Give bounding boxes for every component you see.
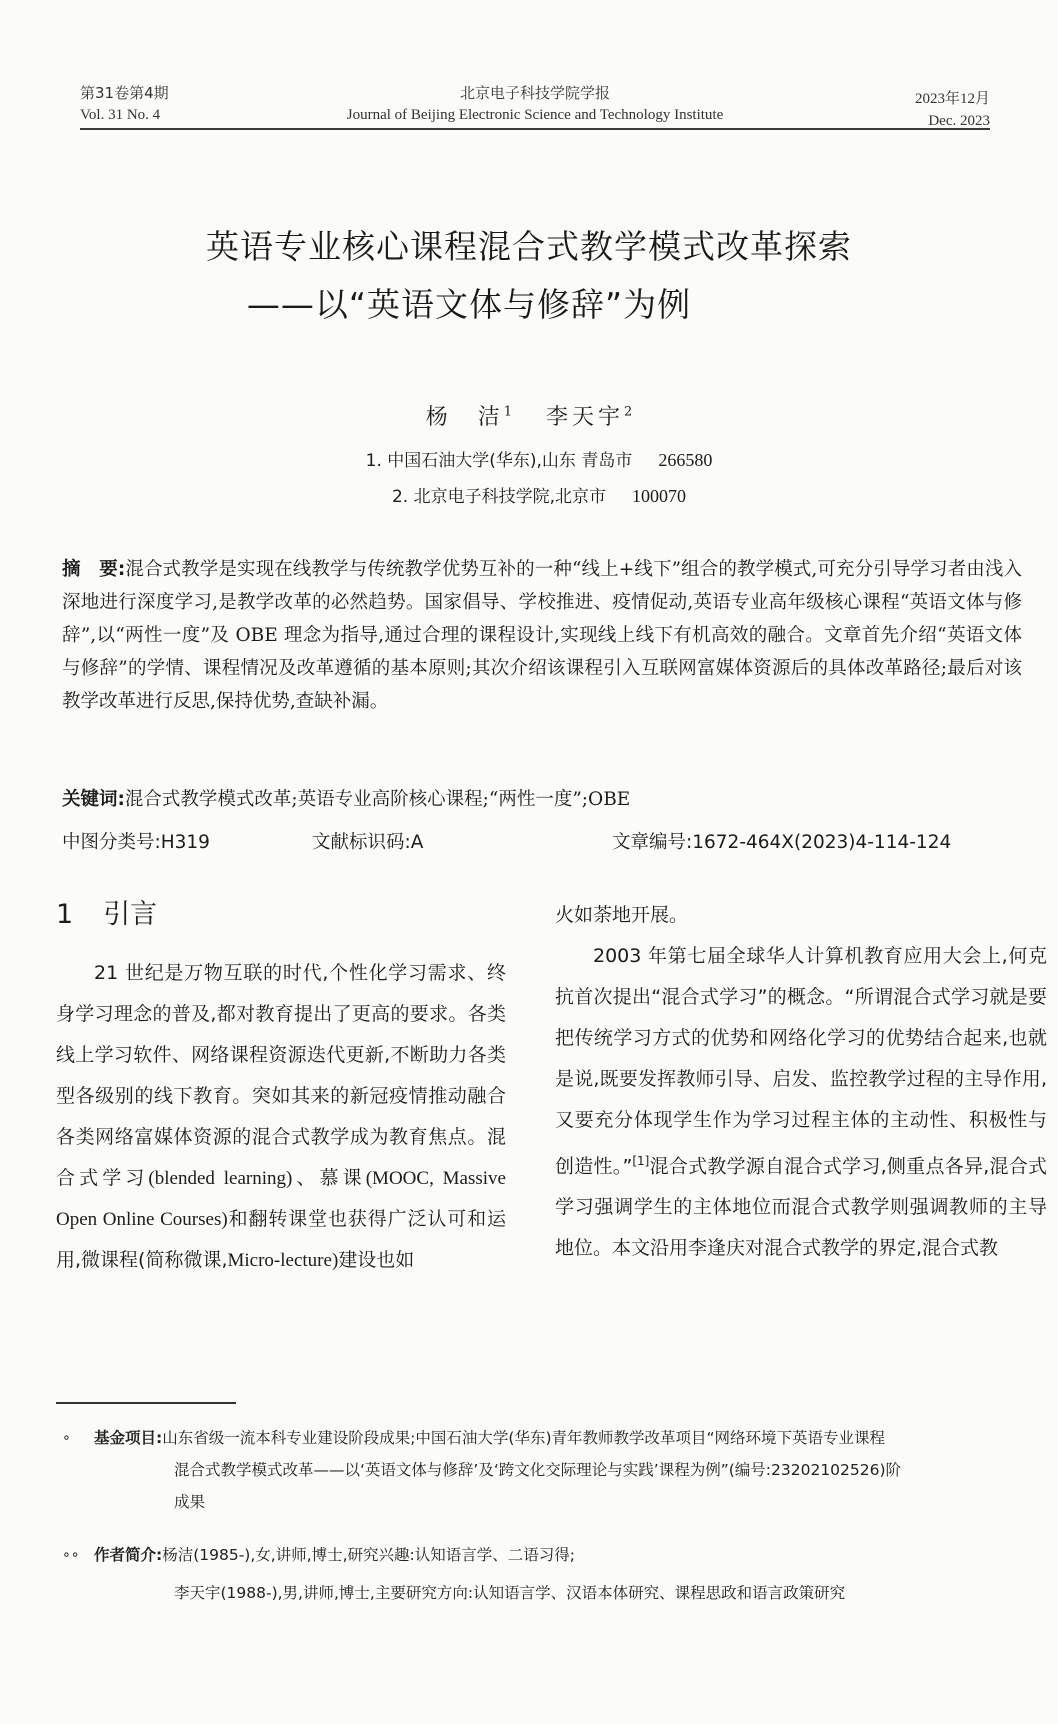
article-number: 文章编号:1672-464X(2023)4-114-124 (612, 830, 951, 856)
abstract-text: 混合式教学是实现在线教学与传统教学优势互补的一种“线上+线下”组合的教学模式,可… (62, 559, 1022, 712)
abstract-label: 摘 要: (62, 559, 125, 580)
document-code: 文献标识码:A (312, 830, 423, 856)
postal-code: 100070 (632, 486, 686, 506)
body-column-left: 1引言 21 世纪是万物互联的时代,个性化学习需求、终身学习理念的普及,都对教育… (56, 895, 506, 1281)
footnote-text: 杨洁(1985-),女,讲师,博士,研究兴趣:认知语言学、二语习得; (162, 1546, 575, 1564)
journal-name: 北京电子科技学院学报 Journal of Beijing Electronic… (80, 82, 990, 126)
running-header: 第31卷第4期 Vol. 31 No. 4 北京电子科技学院学报 Journal… (80, 80, 990, 130)
affiliation: 2. 北京电子科技学院,北京市100070 (0, 482, 1058, 507)
footnote-text: 山东省级一流本科专业建设阶段成果;中国石油大学(华东)青年教师教学改革项目“网络… (162, 1429, 885, 1447)
body-paragraph: 21 世纪是万物互联的时代,个性化学习需求、终身学习理念的普及,都对教育提出了更… (56, 953, 506, 1281)
title-main: 英语专业核心课程混合式教学模式改革探索 (0, 218, 1058, 276)
author-name: 李天宇 (546, 405, 624, 430)
affiliation: 1. 中国石油大学(华东),山东 青岛市266580 (0, 446, 1058, 471)
date-cn: 2023年12月 (915, 88, 990, 110)
paragraph-text: 2003 年第七届全球华人计算机教育应用大会上,何克抗首次提出“混合式学习”的概… (555, 945, 1047, 1177)
section-number: 1 (56, 899, 73, 930)
postal-code: 266580 (658, 450, 712, 470)
title-subtitle: ——以“英语文体与修辞”为例 (0, 276, 1058, 334)
keywords-label: 关键词: (62, 789, 125, 810)
author-list: 杨 洁1李天宇2 (0, 400, 1058, 431)
footnote-label: 作者简介: (94, 1546, 162, 1564)
body-paragraph: 火如荼地开展。 (555, 895, 1058, 936)
affiliation-text: 1. 中国石油大学(华东),山东 青岛市 (366, 451, 633, 471)
author-affil-sup: 1 (504, 405, 512, 420)
journal-name-en: Journal of Beijing Electronic Science an… (80, 104, 990, 126)
footnote-mark: ∘ (62, 1428, 71, 1448)
clc-number: 中图分类号:H319 (62, 830, 210, 856)
issue-date: 2023年12月 Dec. 2023 (915, 88, 990, 132)
paragraph-text-latin: Micro-lecture) (228, 1250, 339, 1271)
journal-name-cn: 北京电子科技学院学报 (80, 82, 990, 104)
paper-title: 英语专业核心课程混合式教学模式改革探索 ——以“英语文体与修辞”为例 (0, 218, 1058, 334)
footnote-mark: ∘∘ (62, 1545, 80, 1565)
paragraph-text: 21 世纪是万物互联的时代,个性化学习需求、终身学习理念的普及,都对教育提出了更… (56, 962, 506, 1189)
paragraph-text: 建设也如 (338, 1249, 414, 1271)
author-name: 杨 洁 (426, 405, 504, 430)
footnote-label: 基金项目: (94, 1429, 162, 1447)
footnote-funding: ∘ 基金项目:山东省级一流本科专业建设阶段成果;中国石油大学(华东)青年教师教学… (62, 1428, 1028, 1512)
footnote-text: 成果 (94, 1492, 1028, 1512)
keywords: 关键词:混合式教学模式改革;英语专业高阶核心课程;“两性一度”;OBE (62, 787, 1022, 813)
citation-ref[interactable]: [1] (632, 1154, 649, 1168)
body-column-right: 火如荼地开展。 2003 年第七届全球华人计算机教育应用大会上,何克抗首次提出“… (555, 895, 1058, 1269)
keywords-text: 混合式教学模式改革;英语专业高阶核心课程;“两性一度”;OBE (125, 789, 630, 810)
footnote-text: 混合式教学模式改革——以‘英语文体与修辞’及‘跨文化交际理论与实践’课程为例”(… (94, 1460, 1028, 1480)
section-heading: 1引言 (56, 895, 506, 935)
author-affil-sup: 2 (624, 405, 632, 420)
date-en: Dec. 2023 (915, 110, 990, 132)
body-paragraph: 2003 年第七届全球华人计算机教育应用大会上,何克抗首次提出“混合式学习”的概… (555, 936, 1047, 1269)
section-title: 引言 (103, 899, 157, 930)
abstract: 摘 要:混合式教学是实现在线教学与传统教学优势互补的一种“线上+线下”组合的教学… (62, 553, 1022, 718)
footnote-divider (56, 1402, 236, 1404)
footnote-text: 李天宇(1988-),男,讲师,博士,主要研究方向:认知语言学、汉语本体研究、课… (94, 1583, 1028, 1603)
footnote-author-bio: ∘∘ 作者简介:杨洁(1985-),女,讲师,博士,研究兴趣:认知语言学、二语习… (62, 1545, 1028, 1603)
affiliation-text: 2. 北京电子科技学院,北京市 (392, 487, 606, 507)
